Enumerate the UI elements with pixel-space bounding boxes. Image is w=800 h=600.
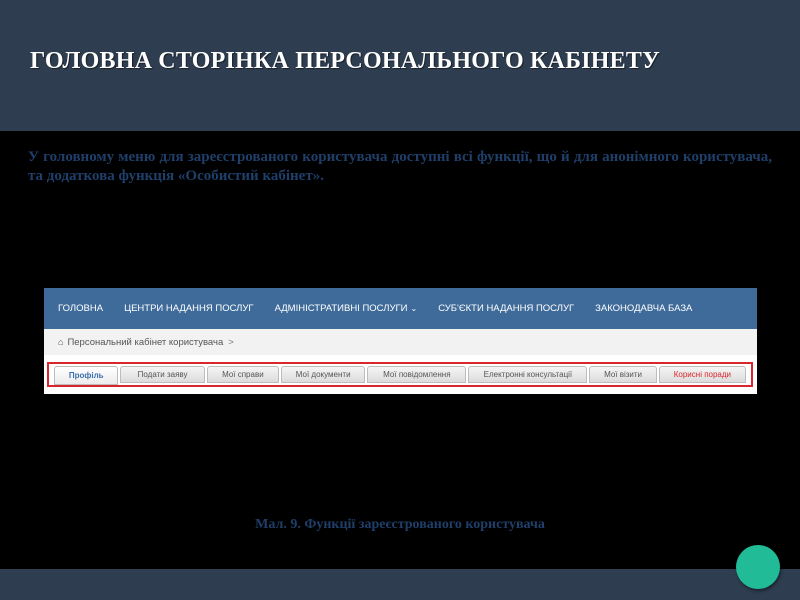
nav-item-home[interactable]: ГОЛОВНА [58, 303, 103, 314]
nav-item-service-centers[interactable]: ЦЕНТРИ НАДАННЯ ПОСЛУГ [124, 303, 254, 314]
main-nav: ГОЛОВНА ЦЕНТРИ НАДАННЯ ПОСЛУГ АДМІНІСТРА… [44, 288, 757, 329]
website-screenshot: ГОЛОВНА ЦЕНТРИ НАДАННЯ ПОСЛУГ АДМІНІСТРА… [44, 288, 757, 394]
tab-useful-tips[interactable]: Корисні поради [659, 366, 746, 383]
intro-text: У головному меню для зареєстрованого кор… [28, 148, 772, 186]
tab-my-messages[interactable]: Мої повідомлення [367, 366, 466, 383]
nav-item-admin-services[interactable]: АДМІНІСТРАТИВНІ ПОСЛУГИ⌄ [275, 303, 418, 314]
home-icon[interactable]: ⌂ [58, 337, 63, 347]
chevron-down-icon: ⌄ [410, 304, 417, 313]
circle-button[interactable] [736, 545, 780, 589]
figure-caption: Мал. 9. Функції зареєстрованого користув… [0, 517, 800, 533]
tab-my-documents[interactable]: Мої документи [281, 366, 365, 383]
tab-my-visits[interactable]: Мої візити [589, 366, 656, 383]
cabinet-tabs: Профіль Подати заяву Мої справи Мої доку… [47, 362, 753, 387]
tab-submit-application[interactable]: Подати заяву [120, 366, 204, 383]
footer-band [0, 569, 800, 600]
tab-my-cases[interactable]: Мої справи [207, 366, 279, 383]
breadcrumb-separator: > [228, 337, 234, 348]
breadcrumb-current[interactable]: Персональний кабінет користувача [67, 337, 223, 348]
nav-item-service-providers[interactable]: СУБ'ЄКТИ НАДАННЯ ПОСЛУГ [438, 303, 574, 314]
breadcrumb: ⌂ Персональний кабінет користувача > [44, 329, 757, 355]
slide-title: ГОЛОВНА СТОРІНКА ПЕРСОНАЛЬНОГО КАБІНЕТУ [30, 48, 660, 75]
tab-e-consultations[interactable]: Електронні консультації [468, 366, 587, 383]
nav-item-legislation[interactable]: ЗАКОНОДАВЧА БАЗА [595, 303, 692, 314]
tab-profile[interactable]: Профіль [54, 366, 118, 385]
